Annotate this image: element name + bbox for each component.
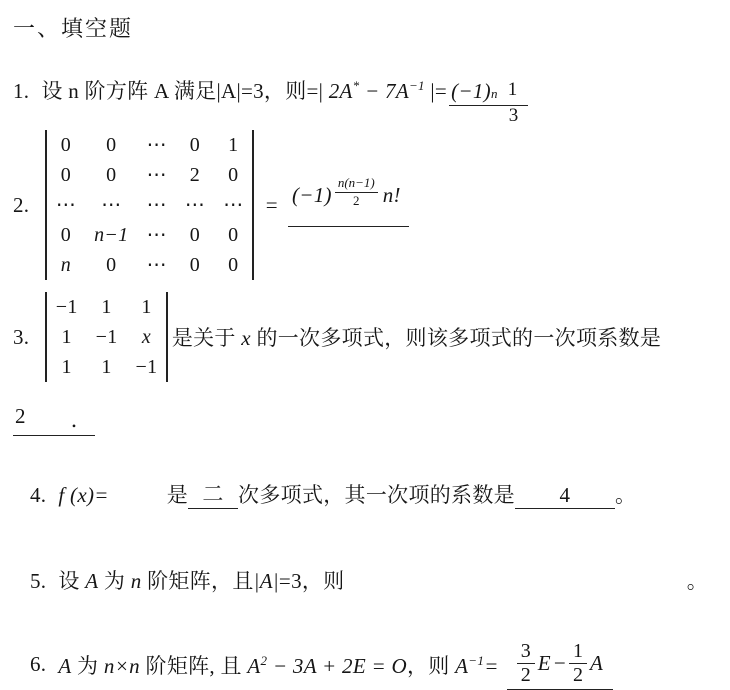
answer-base: (−1) bbox=[292, 183, 332, 208]
text-segment: 是关于 bbox=[172, 326, 241, 350]
question-6-label: 6. bbox=[30, 652, 46, 677]
matrix-cell: 1 bbox=[214, 130, 252, 160]
matrix-symbol: A bbox=[590, 651, 603, 676]
matrix-cell: ⋯ bbox=[176, 190, 214, 220]
question-1-answer-blank: (−1)n13 bbox=[449, 79, 527, 106]
question-4-answer-blank-2: 4 bbox=[515, 483, 615, 509]
answer-value: 2 bbox=[15, 404, 26, 434]
matrix-cell: 0 bbox=[176, 250, 214, 280]
answer-value: 4 bbox=[560, 483, 571, 508]
answer-base: (−1) bbox=[451, 79, 491, 104]
text-segment: |A| bbox=[216, 79, 240, 103]
question-4-text-2: 次多项式，其一次项的系数是 bbox=[238, 483, 515, 507]
text-segment: |A| bbox=[254, 569, 279, 593]
section-title: 一、填空题 bbox=[13, 12, 716, 43]
text-segment: 为 bbox=[98, 569, 130, 593]
matrix-cell: 1 bbox=[127, 292, 167, 322]
matrix-cell: 1 bbox=[47, 352, 87, 382]
text-segment: 阶矩阵，且 bbox=[142, 569, 254, 593]
text-segment: 的一次多项式，则该多项式的一次项系数是 bbox=[251, 326, 661, 350]
matrix-cell: 0 bbox=[176, 130, 214, 160]
matrix-cell: 0 bbox=[214, 250, 252, 280]
determinant-matrix: −1111−1x11−1 bbox=[47, 292, 167, 382]
question-2-label: 2. bbox=[13, 193, 29, 218]
text-segment: n×n bbox=[104, 654, 140, 678]
text-segment: 设 bbox=[58, 569, 85, 593]
question-4-answer-blank-1: 二 bbox=[188, 478, 238, 509]
answer-tail: n! bbox=[383, 183, 401, 208]
answer-value: 二 bbox=[202, 478, 223, 508]
matrix-cell: −1 bbox=[127, 352, 167, 382]
text-segment: 设 n 阶方阵 A 满足 bbox=[41, 79, 216, 103]
question-2-determinant: 00⋯0100⋯20⋯⋯⋯⋯⋯0n−1⋯00n0⋯00 bbox=[45, 130, 253, 280]
text-segment: − 3A + 2E = O bbox=[267, 654, 407, 678]
matrix-cell: ⋯ bbox=[137, 190, 175, 220]
text-segment: x bbox=[241, 326, 251, 350]
matrix-cell: ⋯ bbox=[214, 190, 252, 220]
matrix-cell: ⋯ bbox=[47, 190, 85, 220]
text-segment: = bbox=[435, 79, 447, 103]
matrix-cell: −1 bbox=[87, 322, 127, 352]
text-segment: A bbox=[455, 654, 468, 678]
matrix-cell: 0 bbox=[47, 130, 85, 160]
text-segment: n bbox=[131, 569, 142, 593]
question-3: 3. −1111−1x11−1 是关于 x 的一次多项式，则该多项式的一次项系数… bbox=[13, 292, 716, 382]
question-4: 4.f (x)=是二次多项式，其一次项的系数是4。 bbox=[30, 478, 716, 509]
text-segment: A bbox=[85, 569, 98, 593]
question-3-text: 是关于 x 的一次多项式，则该多项式的一次项系数是 bbox=[172, 322, 661, 352]
question-3-label: 3. bbox=[13, 325, 29, 350]
question-4-label: 4. bbox=[30, 483, 46, 507]
matrix-cell: 0 bbox=[85, 160, 137, 190]
exponent-fraction: n(n−1)2 bbox=[335, 175, 378, 209]
exponent-denominator: 2 bbox=[353, 193, 360, 209]
matrix-cell: 1 bbox=[87, 352, 127, 382]
text-segment: 阶矩阵, 且 bbox=[140, 654, 247, 678]
question-3-answer-line: 2． bbox=[13, 404, 716, 436]
question-4-text-1: 是 bbox=[167, 483, 188, 507]
equals-sign: = bbox=[266, 193, 278, 218]
question-2-answer-blank: (−1)n(n−1)2n! bbox=[288, 183, 409, 227]
text-segment: −1 bbox=[409, 78, 425, 93]
text-segment: | bbox=[425, 79, 435, 103]
question-6-text: A 为 n×n 阶矩阵, 且 A2 − 3A + 2E = O，则 A−1= bbox=[58, 650, 498, 680]
fraction-three-halves: 32 bbox=[517, 640, 535, 687]
matrix-cell: ⋯ bbox=[137, 220, 175, 250]
fraction-denominator: 3 bbox=[509, 106, 519, 125]
text-segment: f (x)= bbox=[58, 483, 108, 507]
text-segment: 为 bbox=[72, 654, 104, 678]
question-6-answer-blank: 32 E − 12 A bbox=[507, 639, 613, 690]
text-segment: A bbox=[58, 654, 71, 678]
matrix-cell: n bbox=[47, 250, 85, 280]
matrix-cell: 0 bbox=[47, 160, 85, 190]
text-segment: =3，则= bbox=[241, 79, 319, 103]
matrix-cell: n−1 bbox=[85, 220, 137, 250]
text-segment: = bbox=[484, 654, 498, 678]
question-4-fx: f (x)= bbox=[58, 483, 108, 507]
question-6: 6.A 为 n×n 阶矩阵, 且 A2 − 3A + 2E = O，则 A−1=… bbox=[30, 639, 716, 690]
matrix-cell: 0 bbox=[176, 220, 214, 250]
identity-matrix-symbol: E bbox=[538, 651, 551, 676]
question-1: 1.设 n 阶方阵 A 满足|A|=3，则=| 2A* − 7A−1 |=(−1… bbox=[13, 75, 716, 106]
matrix-cell: 0 bbox=[214, 160, 252, 190]
question-1-text: 设 n 阶方阵 A 满足|A|=3，则=| 2A* − 7A−1 |= bbox=[41, 79, 447, 103]
matrix-cell: 0 bbox=[85, 250, 137, 280]
minus-sign: − bbox=[554, 651, 566, 676]
determinant-right-bar bbox=[252, 130, 253, 280]
matrix-cell: 2 bbox=[176, 160, 214, 190]
text-segment: A bbox=[247, 654, 260, 678]
question-3-answer-blank: 2． bbox=[13, 404, 95, 436]
matrix-cell: 0 bbox=[47, 220, 85, 250]
question-4-period: 。 bbox=[615, 483, 636, 507]
question-5-period: 。 bbox=[687, 565, 708, 595]
matrix-cell: ⋯ bbox=[85, 190, 137, 220]
fraction-numerator: 1 bbox=[508, 79, 518, 101]
question-5-label: 5. bbox=[30, 569, 46, 593]
matrix-cell: −1 bbox=[47, 292, 87, 322]
matrix-cell: ⋯ bbox=[137, 250, 175, 280]
text-segment: − 7A bbox=[359, 79, 409, 103]
worksheet-page: 一、填空题 1.设 n 阶方阵 A 满足|A|=3，则=| 2A* − 7A−1… bbox=[0, 0, 730, 690]
question-3-determinant: −1111−1x11−1 bbox=[45, 292, 167, 382]
answer-period: ． bbox=[71, 404, 92, 434]
matrix-cell: 1 bbox=[87, 292, 127, 322]
question-1-label: 1. bbox=[13, 79, 29, 103]
matrix-cell: 0 bbox=[214, 220, 252, 250]
question-5-text: 设 A 为 n 阶矩阵，且|A|=3，则 bbox=[58, 569, 344, 593]
text-segment: −1 bbox=[468, 653, 484, 668]
determinant-right-bar bbox=[166, 292, 167, 382]
fraction-one-half: 12 bbox=[569, 640, 587, 687]
question-5-main: 5.设 A 为 n 阶矩阵，且|A|=3，则 bbox=[30, 565, 344, 595]
text-segment: ，则 bbox=[407, 654, 455, 678]
matrix-cell: x bbox=[127, 322, 167, 352]
matrix-cell: ⋯ bbox=[137, 160, 175, 190]
matrix-cell: 0 bbox=[85, 130, 137, 160]
text-segment: 2A bbox=[329, 79, 353, 103]
question-5: 5.设 A 为 n 阶矩阵，且|A|=3，则 。 bbox=[30, 565, 716, 595]
text-segment: | bbox=[319, 79, 329, 103]
determinant-matrix: 00⋯0100⋯20⋯⋯⋯⋯⋯0n−1⋯00n0⋯00 bbox=[47, 130, 253, 280]
matrix-cell: 1 bbox=[47, 322, 87, 352]
matrix-cell: ⋯ bbox=[137, 130, 175, 160]
text-segment: =3，则 bbox=[279, 569, 345, 593]
exponent-numerator: n(n−1) bbox=[335, 175, 378, 192]
question-2: 2. 00⋯0100⋯20⋯⋯⋯⋯⋯0n−1⋯00n0⋯00 = (−1)n(n… bbox=[13, 130, 716, 280]
